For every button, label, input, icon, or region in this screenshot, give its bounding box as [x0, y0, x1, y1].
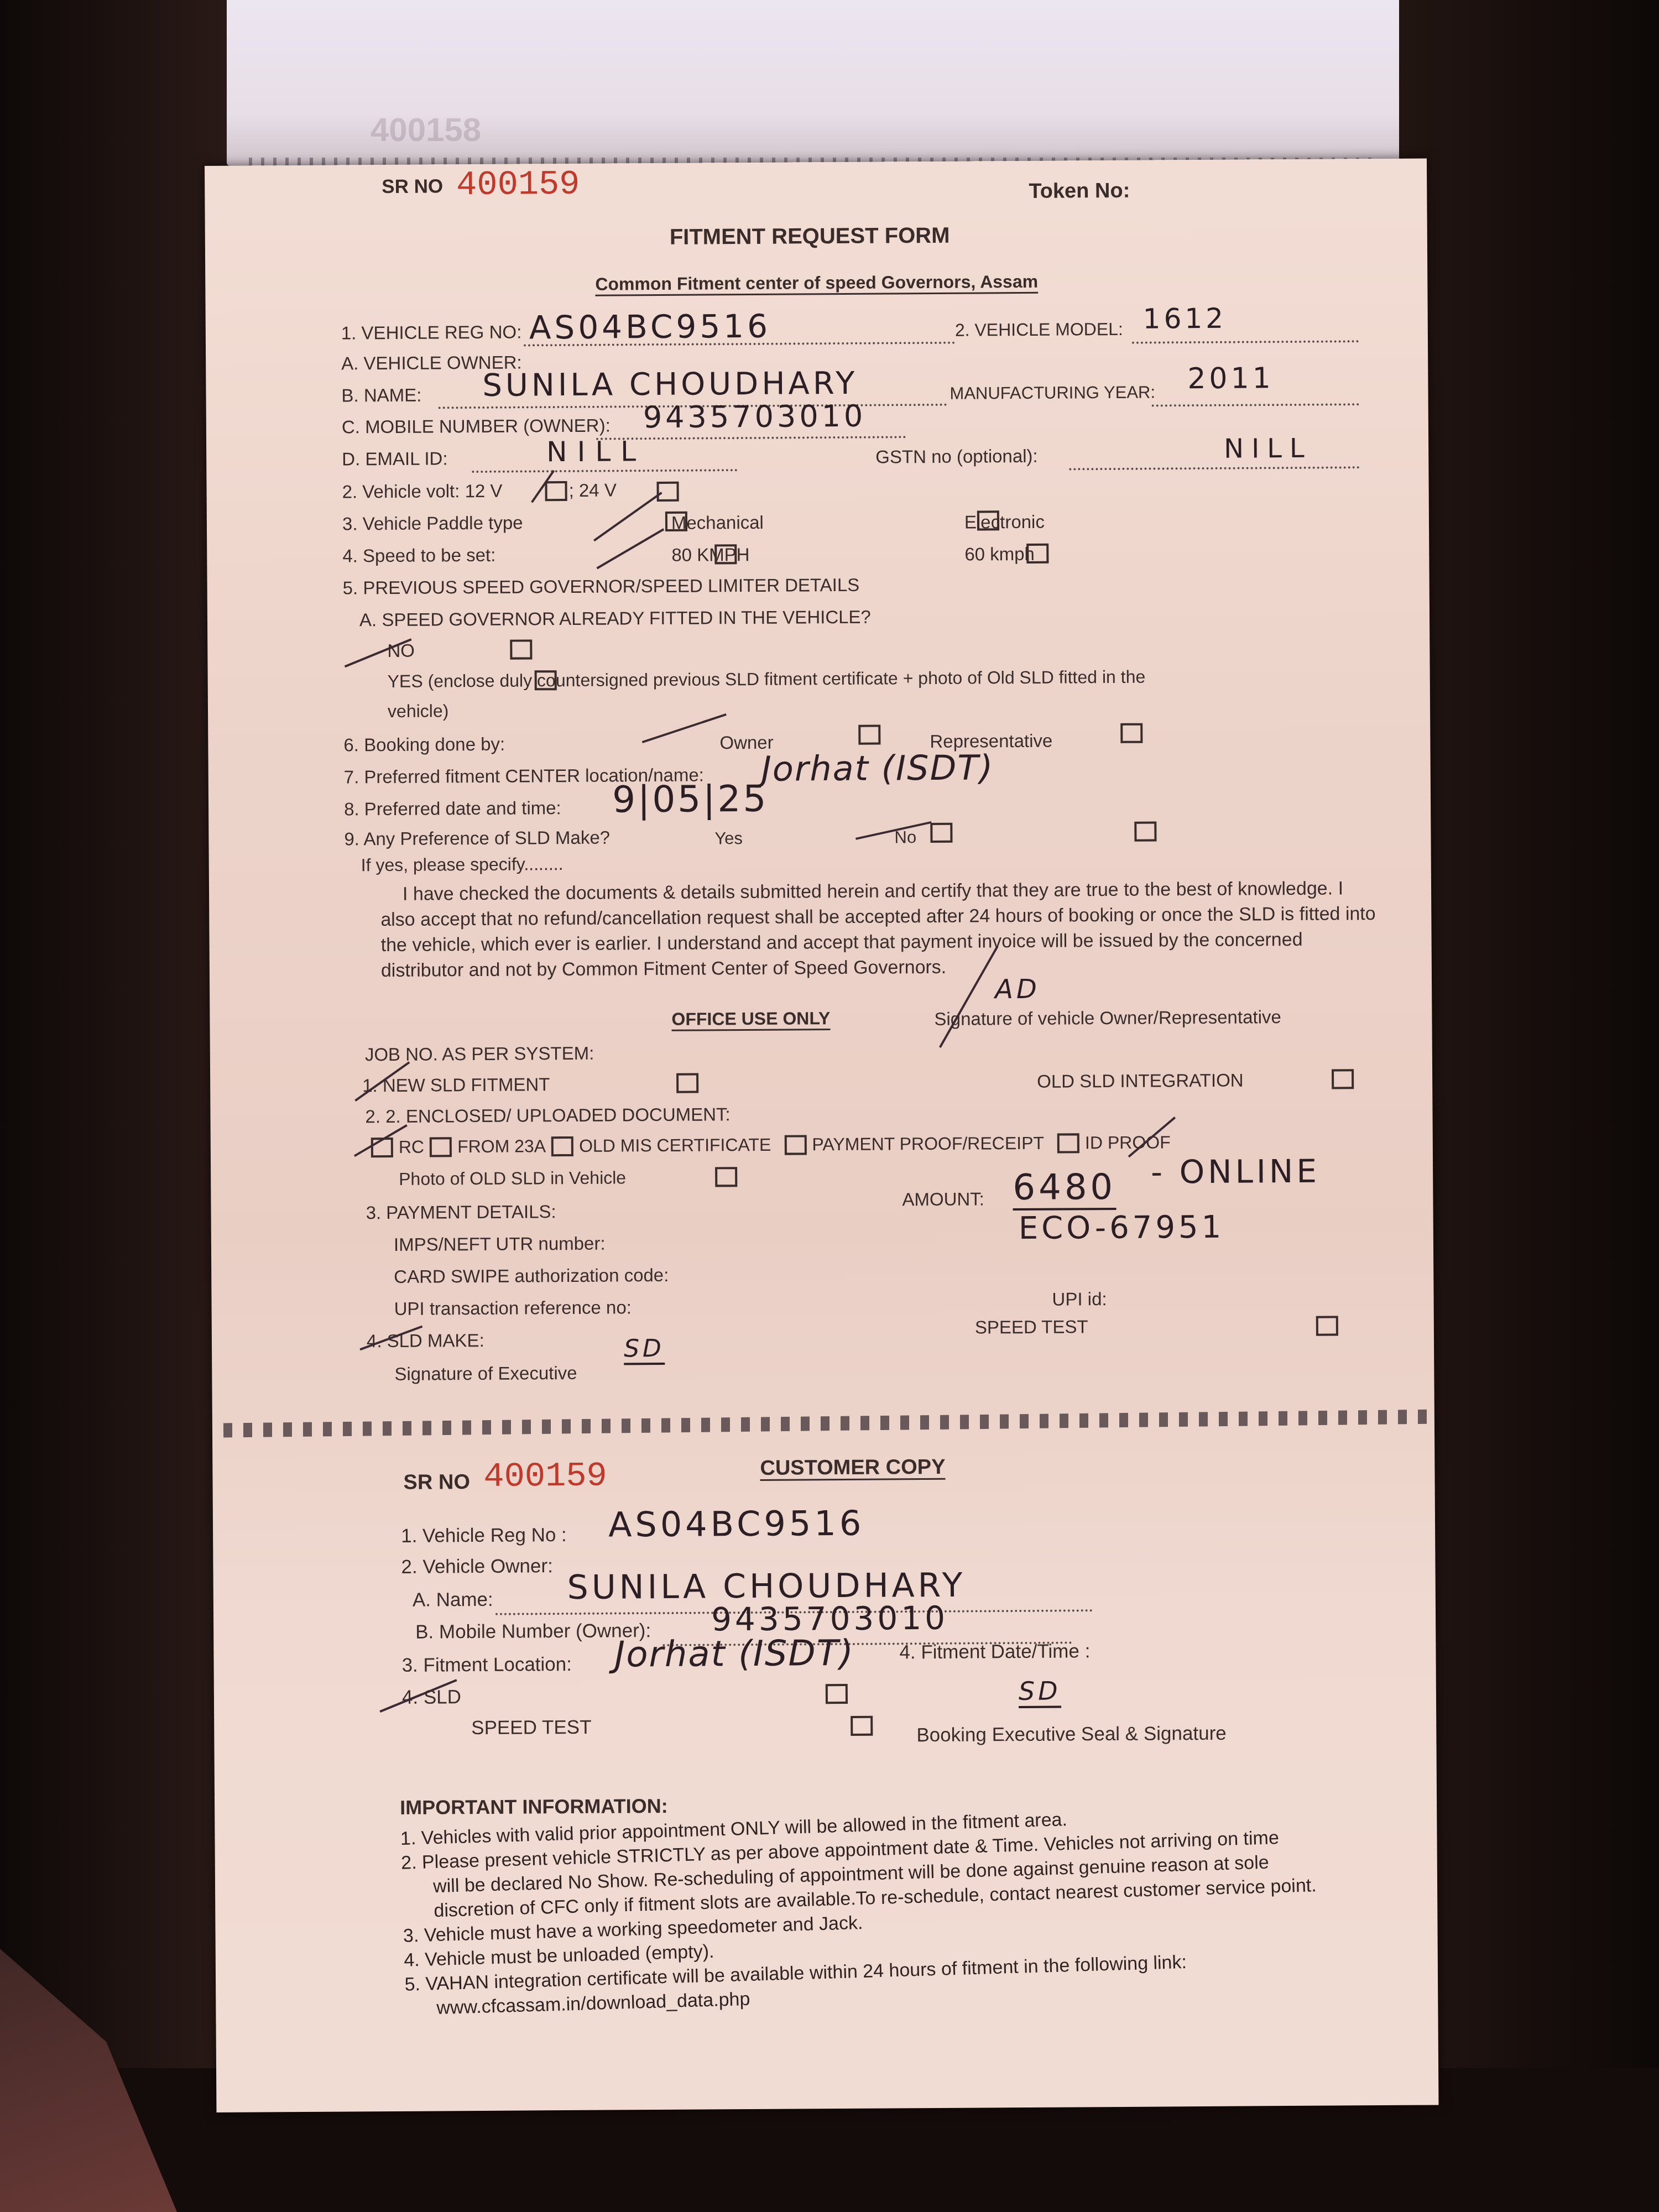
executive-signature-label: Signature of Executive: [394, 1363, 577, 1385]
sr-no-label: SR NO: [382, 175, 443, 198]
volt-24v-label: ; 24 V: [568, 479, 616, 501]
specify-label: If yes, please specify........: [361, 854, 564, 875]
volt-label: 2. Vehicle volt: 12 V: [342, 481, 502, 503]
form-title: FITMENT REQUEST FORM: [670, 223, 950, 250]
manufacturing-year-value: 2011: [1187, 362, 1274, 395]
customer-date-label: 4. Fitment Date/Time :: [899, 1640, 1090, 1663]
governor-fitted-question: A. SPEED GOVERNOR ALREADY FITTED IN THE …: [359, 607, 871, 631]
governor-yes-label-cont: vehicle): [388, 701, 448, 722]
sld-preference-yes-label: Yes: [714, 828, 743, 848]
payment-details-label: 3. PAYMENT DETAILS:: [366, 1201, 556, 1223]
doc-rc-label: RC: [399, 1137, 424, 1157]
amount-label: AMOUNT:: [902, 1188, 984, 1210]
job-number-label: JOB NO. AS PER SYSTEM:: [365, 1043, 594, 1066]
sld-preference-label: 9. Any Preference of SLD Make?: [344, 827, 610, 850]
customer-reg-label: 1. Vehicle Reg No :: [401, 1524, 567, 1547]
declaration-text: I have checked the documents & details s…: [380, 875, 1376, 983]
customer-speed-test-checkbox[interactable]: [851, 1716, 873, 1736]
ghost-sr-no: 400158: [371, 111, 481, 149]
office-speed-test-label: SPEED TEST: [975, 1316, 1088, 1338]
customer-location-value: Jorhat (ISDT): [614, 1633, 854, 1676]
old-sld-integration-label: OLD SLD INTEGRATION: [1037, 1070, 1244, 1092]
folded-back-page: 400158: [227, 0, 1399, 166]
vehicle-reg-label: 1. VEHICLE REG NO:: [341, 322, 522, 344]
booking-executive-signature: SD: [1019, 1676, 1061, 1708]
gstn-label: GSTN no (optional):: [875, 446, 1038, 468]
token-no-label: Token No:: [1029, 179, 1130, 204]
sr-no-value: 400159: [456, 165, 580, 205]
doc-id-proof-checkbox[interactable]: [1057, 1133, 1079, 1153]
photo-old-sld-label: Photo of OLD SLD in Vehicle: [399, 1167, 626, 1190]
sld-preference-yes-checkbox[interactable]: [930, 823, 952, 843]
owner-signature-label: Signature of vehicle Owner/Representativ…: [934, 1006, 1281, 1030]
preferred-date-label: 8. Preferred date and time:: [344, 797, 561, 820]
customer-sr-no-value: 400159: [483, 1457, 607, 1496]
mobile-label: C. MOBILE NUMBER (OWNER):: [342, 415, 611, 438]
previous-governor-label: 5. PREVIOUS SPEED GOVERNOR/SPEED LIMITER…: [343, 575, 860, 599]
customer-sld-checkbox[interactable]: [826, 1684, 848, 1704]
amount-value: 6480: [1013, 1167, 1116, 1211]
speed-80-tick-icon: [596, 528, 664, 569]
doc-form23a-checkbox[interactable]: [430, 1137, 452, 1157]
new-sld-label: 1. NEW SLD FITMENT: [362, 1074, 550, 1096]
customer-speed-test-label: SPEED TEST: [471, 1717, 591, 1739]
manufacturing-year-label: MANUFACTURING YEAR:: [950, 383, 1155, 404]
paddle-mechanical-label: Mechanical: [671, 512, 764, 534]
vehicle-reg-value: AS04BC9516: [529, 307, 771, 347]
doc-old-mis-label: OLD MIS CERTIFICATE: [579, 1135, 771, 1156]
email-label: D. EMAIL ID:: [342, 448, 448, 469]
gstn-value: NILL: [1224, 433, 1312, 465]
paddle-type-label: 3. Vehicle Paddle type: [342, 512, 523, 534]
upi-reference-label: UPI transaction reference no:: [394, 1297, 632, 1319]
new-sld-checkbox[interactable]: [676, 1073, 698, 1093]
card-swipe-label: CARD SWIPE authorization code:: [394, 1265, 669, 1287]
booking-representative-checkbox[interactable]: [1120, 723, 1142, 743]
important-info-title: IMPORTANT INFORMATION:: [400, 1794, 668, 1819]
gstn-field[interactable]: [1069, 452, 1359, 470]
photo-old-sld-checkbox[interactable]: [715, 1167, 737, 1187]
tear-off-perforation: [223, 1410, 1429, 1438]
doc-form23a-label: FROM 23A: [457, 1136, 546, 1157]
mobile-value: 9435703010: [643, 399, 867, 435]
doc-old-mis-checkbox[interactable]: [551, 1136, 573, 1156]
form-subtitle: Common Fitment center of speed Governors…: [595, 272, 1038, 295]
governor-yes-label: YES (enclose duly countersigned previous…: [388, 667, 1146, 692]
fitment-request-form: SR NO 400159 Token No: FITMENT REQUEST F…: [205, 158, 1438, 2112]
upi-id-label: UPI id:: [1052, 1288, 1107, 1310]
documents-checkbox-row: RC FROM 23A OLD MIS CERTIFICATE PAYMENT …: [371, 1132, 1171, 1157]
customer-owner-label: 2. Vehicle Owner:: [401, 1555, 553, 1578]
customer-sr-no-label: SR NO: [403, 1470, 470, 1495]
customer-location-label: 3. Fitment Location:: [401, 1653, 572, 1677]
office-speed-test-checkbox[interactable]: [1316, 1316, 1338, 1336]
owner-name-label: B. NAME:: [341, 385, 421, 406]
booking-executive-seal-label: Booking Executive Seal & Signature: [916, 1723, 1227, 1746]
speed-label: 4. Speed to be set:: [342, 545, 495, 567]
booking-owner-checkbox[interactable]: [858, 725, 880, 745]
vehicle-model-value: 1612: [1143, 302, 1227, 335]
email-value: NILL: [546, 435, 646, 468]
owner-name-value: SUNILA CHOUDHARY: [482, 366, 858, 404]
paddle-electronic-label: Electronic: [964, 512, 1045, 533]
volt-12v-checkbox[interactable]: [545, 481, 567, 501]
booking-label: 6. Booking done by:: [343, 734, 505, 756]
important-info-list: 1. Vehicles with valid prior appointment…: [400, 1796, 1455, 2021]
booking-owner-tick-icon: [642, 713, 727, 743]
imps-utr-label: IMPS/NEFT UTR number:: [394, 1233, 606, 1255]
amount-mode: - ONLINE: [1151, 1152, 1320, 1191]
customer-name-label: A. Name:: [413, 1589, 493, 1611]
old-sld-integration-checkbox[interactable]: [1332, 1069, 1354, 1089]
doc-id-proof-label: ID PROOF: [1085, 1132, 1171, 1153]
documents-label: 2. 2. ENCLOSED/ UPLOADED DOCUMENT:: [365, 1104, 730, 1127]
fitment-center-value: Jorhat (ISDT): [761, 747, 994, 789]
owner-signature: AD: [995, 974, 1040, 1005]
executive-signature: SD: [624, 1334, 665, 1365]
background-left: [0, 0, 232, 2212]
doc-payment-proof-label: PAYMENT PROOF/RECEIPT: [812, 1133, 1044, 1155]
speed-80-label: 80 KMPH: [671, 544, 749, 566]
governor-no-checkbox[interactable]: [510, 639, 532, 659]
doc-payment-proof-checkbox[interactable]: [784, 1135, 806, 1155]
office-use-title: OFFICE USE ONLY: [671, 1008, 830, 1030]
amount-reference: ECO-67951: [1019, 1209, 1225, 1246]
vehicle-model-label: 2. VEHICLE MODEL:: [955, 319, 1123, 341]
speed-60-label: 60 kmph: [964, 544, 1035, 565]
customer-copy-title: CUSTOMER COPY: [760, 1455, 945, 1480]
customer-mobile-value: 9435703010: [711, 1599, 948, 1639]
preferred-date-value: 9|05|25: [612, 778, 769, 821]
customer-reg-value: AS04BC9516: [608, 1503, 865, 1545]
sld-preference-no-tick-icon: [855, 821, 932, 840]
sld-preference-no-checkbox[interactable]: [1134, 822, 1156, 842]
